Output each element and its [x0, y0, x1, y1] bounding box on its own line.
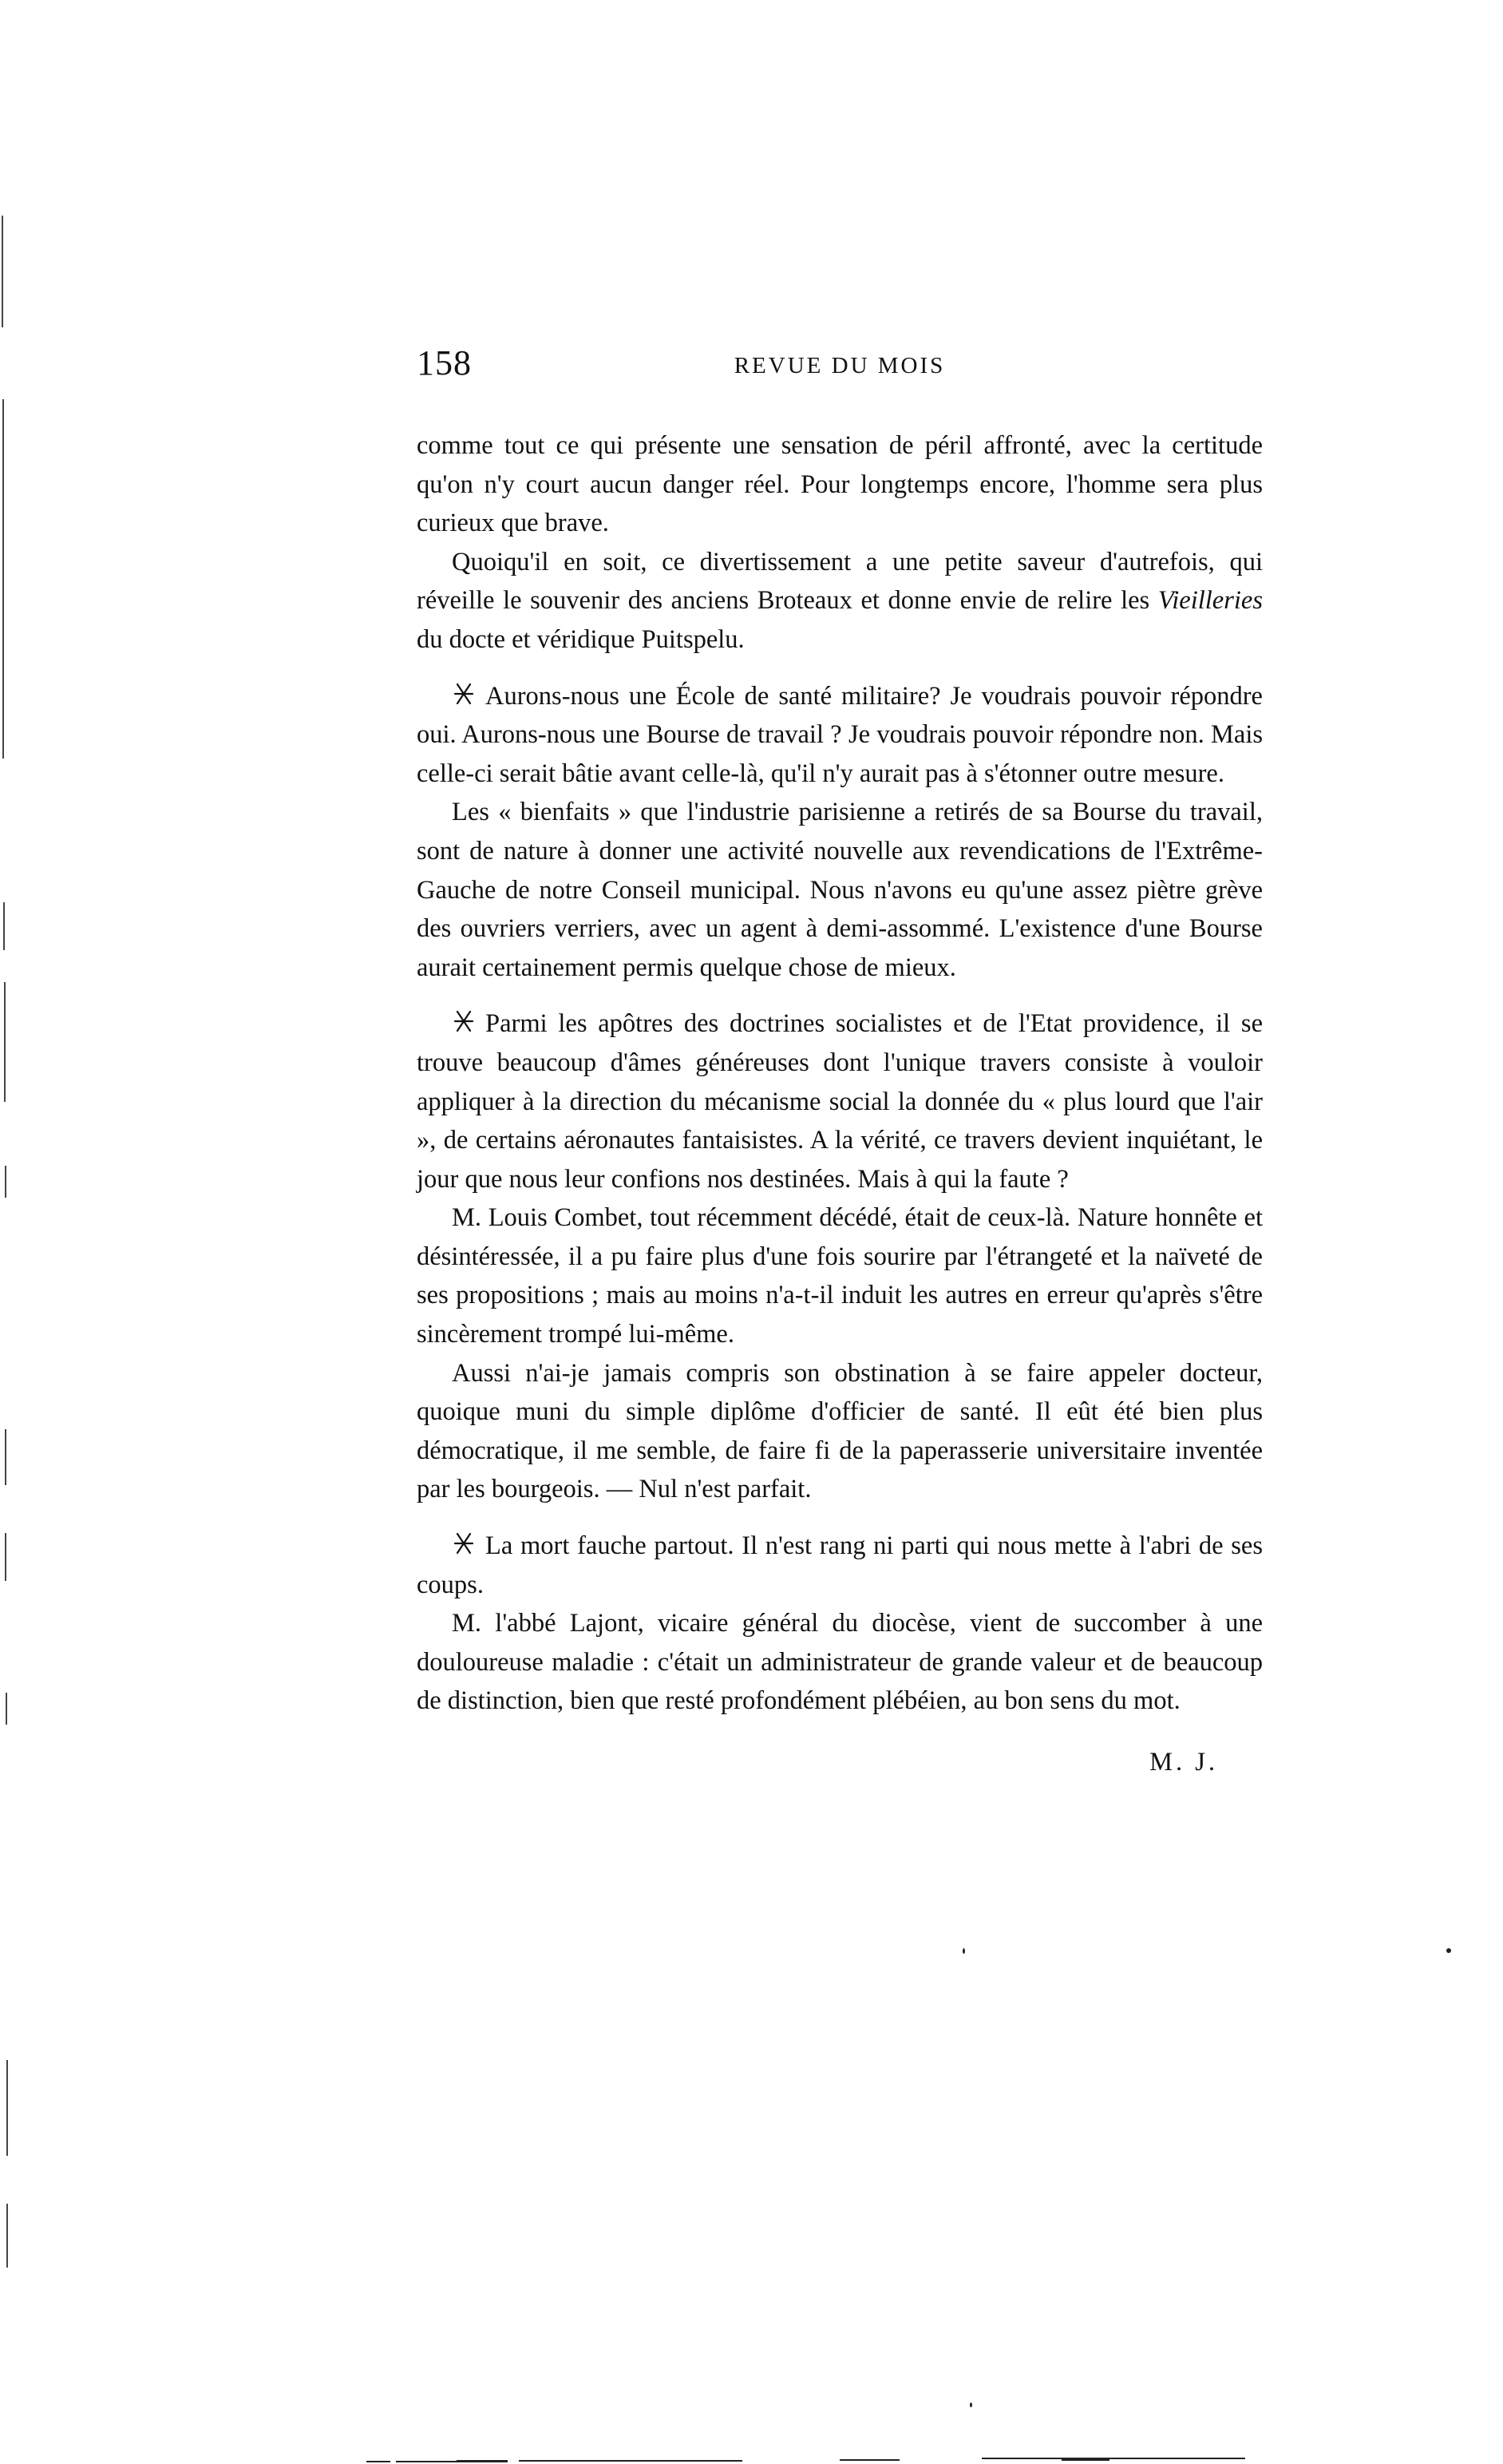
scan-artifact-line: [5, 1166, 6, 1198]
paragraph-text: Quoiqu'il en soit, ce divertissement a u…: [417, 548, 1263, 616]
asterism-icon: [452, 1009, 476, 1033]
author-signature: M. J.: [417, 1743, 1263, 1781]
article-body: comme tout ce qui présente une sensation…: [417, 426, 1263, 1781]
book-page: 158 REVUE DU MOIS comme tout ce qui prés…: [417, 343, 1263, 1781]
scan-artifact-line: [5, 1533, 6, 1581]
scan-artifact-line: [5, 1429, 6, 1485]
running-title: REVUE DU MOIS: [417, 351, 1263, 380]
paragraph-text: Aurons-nous une École de santé militaire…: [417, 682, 1263, 788]
paragraph-text: Les « bienfaits » que l'industrie parisi…: [417, 798, 1263, 981]
scan-speck: [1446, 1948, 1451, 1953]
footer-rule: [848, 2459, 900, 2461]
section-paragraph: Aurons-nous une École de santé militaire…: [417, 677, 1263, 794]
scan-artifact-line: [2, 216, 3, 327]
footer-rule: [1157, 2458, 1245, 2459]
running-head: 158 REVUE DU MOIS: [417, 343, 1263, 391]
paragraph: Les « bienfaits » que l'industrie parisi…: [417, 793, 1263, 987]
asterism-icon: [452, 682, 476, 706]
footer-rule: [1062, 2458, 1109, 2461]
scan-artifact-line: [6, 1693, 7, 1725]
paragraph-text: Aussi n'ai-je jamais compris son obstina…: [417, 1359, 1263, 1504]
paragraph-text: comme tout ce qui présente une sensation…: [417, 431, 1263, 537]
scan-speck: [970, 2403, 972, 2407]
scan-speck: [963, 1948, 965, 1954]
paragraph-text: M. Louis Combet, tout récemment décédé, …: [417, 1203, 1263, 1349]
paragraph: Aussi n'ai-je jamais compris son obstina…: [417, 1354, 1263, 1509]
scan-artifact-line: [6, 2204, 8, 2268]
scan-artifact-line: [6, 2060, 8, 2156]
paragraph-text: La mort fauche partout. Il n'est rang ni…: [417, 1531, 1263, 1599]
section-paragraph: La mort fauche partout. Il n'est rang ni…: [417, 1527, 1263, 1604]
scan-artifact-line: [2, 399, 4, 759]
paragraph-text: du docte et véridique Puitspelu.: [417, 625, 745, 654]
section-paragraph: Parmi les apôtres des doctrines socialis…: [417, 1004, 1263, 1198]
footer-rule: [519, 2460, 742, 2462]
paragraph: M. l'abbé Lajont, vicaire général du dio…: [417, 1604, 1263, 1721]
paragraph-text: Parmi les apôtres des doctrines socialis…: [417, 1009, 1263, 1193]
paragraph-text: M. l'abbé Lajont, vicaire général du dio…: [417, 1609, 1263, 1715]
scan-artifact-line: [3, 902, 5, 950]
footer-rule: [457, 2460, 508, 2462]
footer-rule: [366, 2461, 390, 2462]
paragraph: M. Louis Combet, tout récemment décédé, …: [417, 1198, 1263, 1353]
paragraph: Quoiqu'il en soit, ce divertissement a u…: [417, 543, 1263, 660]
asterism-icon: [452, 1531, 476, 1555]
scan-artifact-line: [4, 982, 6, 1102]
italic-title: Vieilleries: [1158, 586, 1263, 615]
paragraph: comme tout ce qui présente une sensation…: [417, 426, 1263, 543]
